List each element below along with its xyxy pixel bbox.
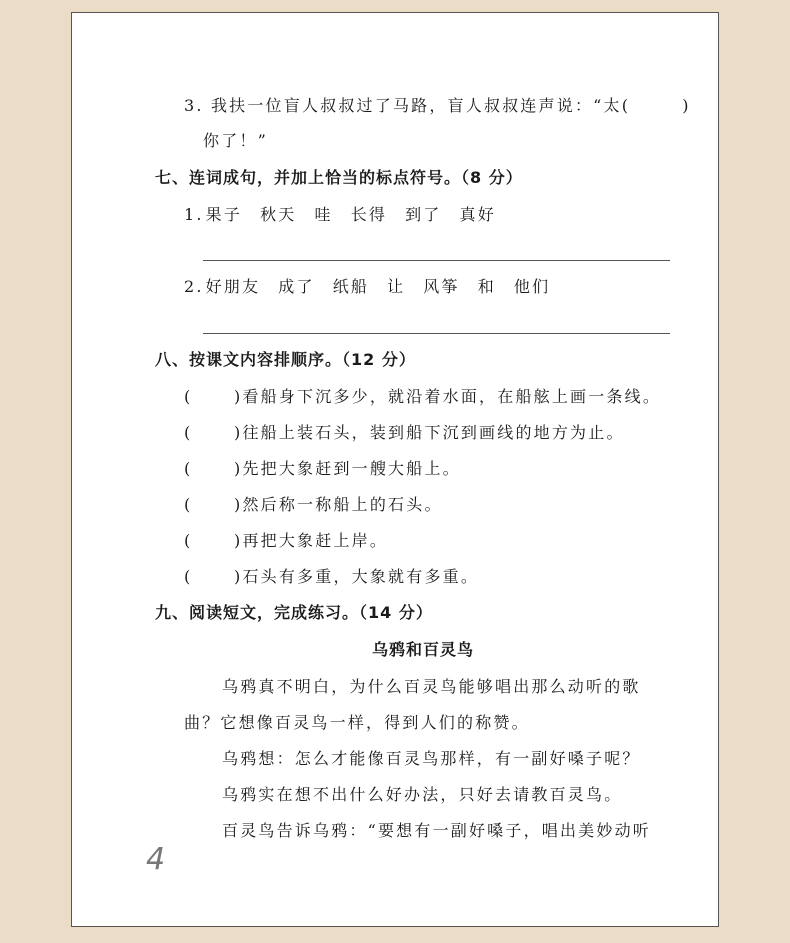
word: 成了 (278, 277, 314, 296)
item-3-text: 3. 我扶一位盲人叔叔过了马路，盲人叔叔连声说：“太( (184, 96, 630, 115)
passage-title: 乌鸦和百灵鸟 (372, 640, 474, 660)
item-3-line-1: 3. 我扶一位盲人叔叔过了马路，盲人叔叔连声说：“太() (184, 96, 691, 116)
answer-line-1[interactable] (203, 260, 670, 261)
item-3-line-2: 你了！” (203, 131, 268, 151)
word: 哇 (314, 205, 332, 224)
item-number: 2. (184, 277, 204, 296)
answer-line-2[interactable] (203, 333, 670, 334)
order-blank[interactable]: ( (184, 423, 234, 443)
word: 纸船 (333, 277, 369, 296)
order-item: ()往船上装石头，装到船下沉到画线的地方为止。 (184, 423, 625, 443)
order-blank[interactable]: ( (184, 387, 234, 407)
word: 好朋友 (206, 277, 261, 296)
order-item-text: 石头有多重，大象就有多重。 (242, 567, 479, 586)
word: 果子 (206, 205, 242, 224)
order-item: ()然后称一称船上的石头。 (184, 495, 443, 515)
page-number: 4 (146, 842, 165, 877)
passage-line: 乌鸦实在想不出什么好办法，只好去请教百灵鸟。 (222, 785, 622, 805)
section-7-item-2: 2.好朋友成了纸船让风筝和他们 (184, 277, 568, 297)
word: 他们 (514, 277, 550, 296)
word: 到了 (405, 205, 441, 224)
order-item: ()石头有多重，大象就有多重。 (184, 567, 479, 587)
passage-line: 乌鸦想：怎么才能像百灵鸟那样，有一副好嗓子呢？ (222, 749, 641, 769)
order-item-text: 然后称一称船上的石头。 (242, 495, 442, 514)
order-item-text: 再把大象赶上岸。 (242, 531, 388, 550)
word: 真好 (460, 205, 496, 224)
item-number: 1. (184, 205, 204, 224)
order-blank[interactable]: ( (184, 495, 234, 515)
item-3-close-paren: ) (682, 96, 690, 115)
order-blank[interactable]: ( (184, 459, 234, 479)
order-item: ()再把大象赶上岸。 (184, 531, 388, 551)
passage-line: 百灵鸟告诉乌鸦：“要想有一副好嗓子，唱出美妙动听 (222, 821, 651, 841)
passage-line: 乌鸦真不明白，为什么百灵鸟能够唱出那么动听的歌 (222, 677, 641, 697)
word: 和 (478, 277, 496, 296)
order-item: ()看船身下沉多少，就沿着水面，在船舷上画一条线。 (184, 387, 661, 407)
section-7-item-1: 1.果子秋天哇长得到了真好 (184, 205, 514, 225)
word: 让 (387, 277, 405, 296)
word: 长得 (351, 205, 387, 224)
order-item-text: 往船上装石头，装到船下沉到画线的地方为止。 (242, 423, 624, 442)
word: 秋天 (260, 205, 296, 224)
section-7-heading: 七、连词成句，并加上恰当的标点符号。（8 分） (155, 168, 523, 188)
section-8-heading: 八、按课文内容排顺序。（12 分） (155, 350, 416, 370)
order-blank[interactable]: ( (184, 567, 234, 587)
order-blank[interactable]: ( (184, 531, 234, 551)
section-9-heading: 九、阅读短文，完成练习。（14 分） (155, 603, 433, 623)
order-item: ()先把大象赶到一艘大船上。 (184, 459, 461, 479)
order-item-text: 先把大象赶到一艘大船上。 (242, 459, 460, 478)
word: 风筝 (423, 277, 459, 296)
passage-line: 曲？它想像百灵鸟一样，得到人们的称赞。 (184, 713, 530, 733)
order-item-text: 看船身下沉多少，就沿着水面，在船舷上画一条线。 (242, 387, 661, 406)
